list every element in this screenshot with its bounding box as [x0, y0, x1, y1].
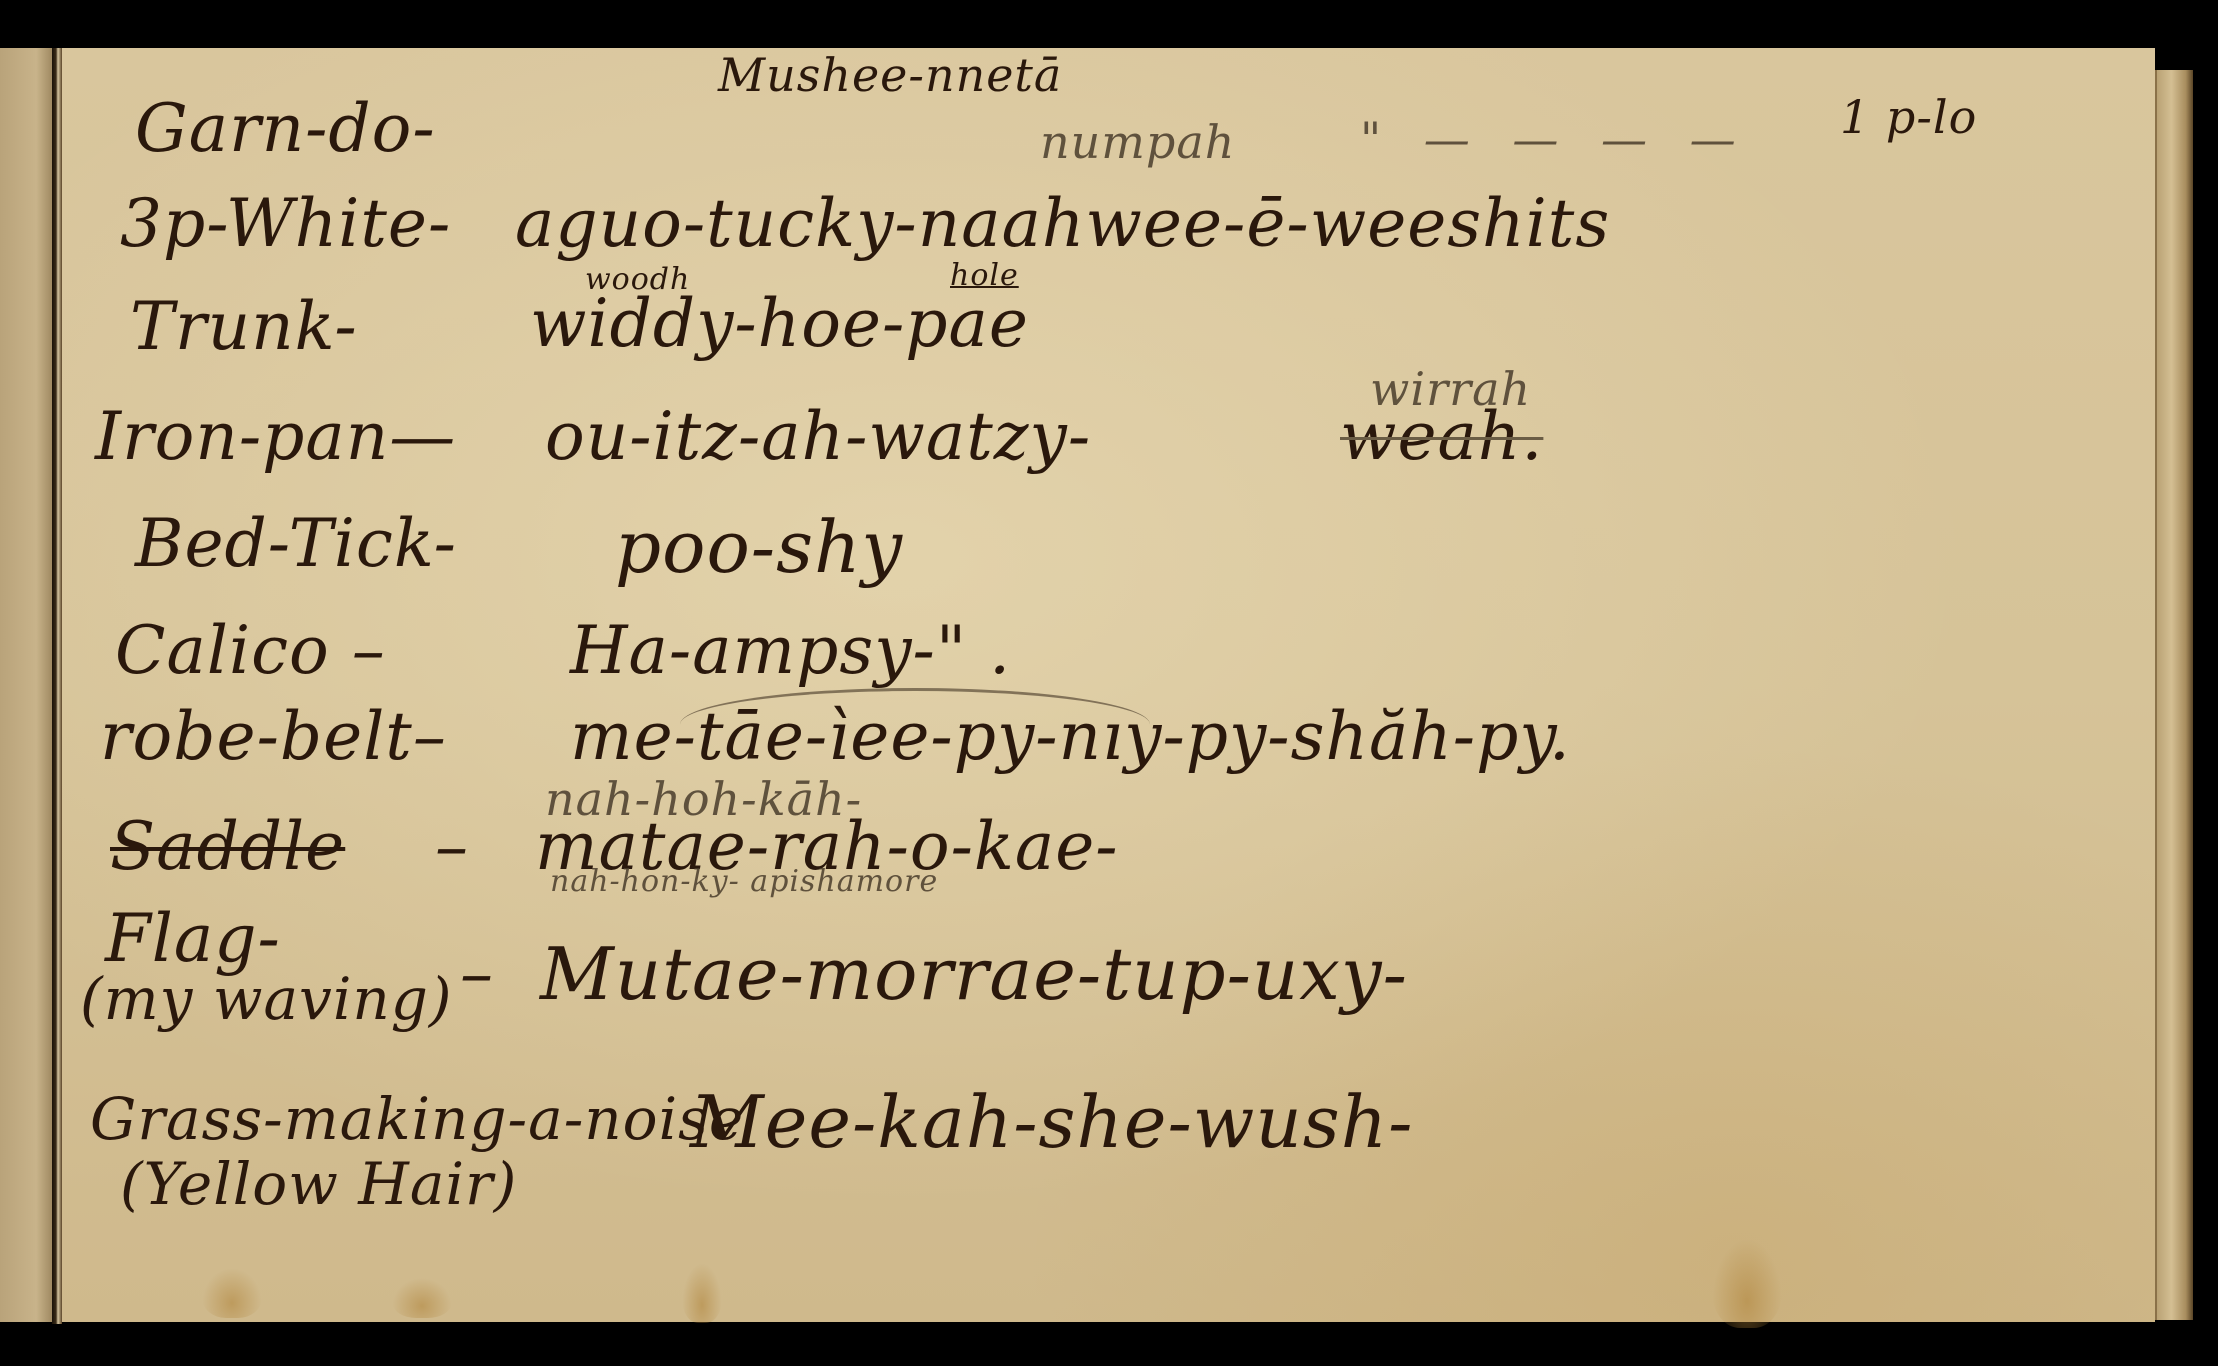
page-stack-edge	[2155, 70, 2193, 1320]
ditto-marks: " — — — —	[1360, 112, 1750, 166]
entry-below-note: numpah	[1040, 115, 1235, 169]
entry-native: me-tāe-ìee-py-nıy-py-shăh-py.	[570, 698, 1571, 775]
entry-english: 3p-White-	[120, 185, 451, 262]
water-stain	[682, 1263, 722, 1323]
entry-native: ou-itz-ah-watzy-	[545, 398, 1091, 475]
entry-native: widdy-hoe-pae	[530, 285, 1029, 362]
entry-english: Bed-Tick-	[135, 505, 457, 582]
entry-english: robe-belt–	[100, 698, 447, 775]
entry-english: Garn-do-	[135, 90, 436, 167]
entry-native: Mutae-morrae-tup-uxy-	[540, 932, 1408, 1016]
top-note: Mushee-nnetā	[718, 48, 1062, 102]
entry-native: Ha-ampsy-" .	[570, 612, 1011, 689]
entry-below-note: nah-hon-ky- apishamore	[550, 864, 938, 899]
entry-english: Iron-pan—	[95, 398, 456, 475]
water-stain	[202, 1268, 262, 1318]
water-stain	[392, 1278, 452, 1318]
entry-english-sub: (my waving)	[80, 965, 452, 1033]
entry-english: Calico –	[115, 612, 386, 689]
entry-native: poo-shy	[615, 505, 903, 589]
entry-native: aguo-tucky-naahwee-ē-weeshits	[515, 185, 1610, 262]
previous-page-edge	[0, 48, 52, 1322]
top-right-note: 1 p-lo	[1840, 90, 1977, 144]
struck-word: weah.	[1340, 398, 1543, 475]
entry-english: Grass-making-a-noise	[90, 1085, 744, 1153]
water-stain	[1712, 1238, 1782, 1328]
entry-english-sub: (Yellow Hair)	[120, 1150, 517, 1218]
entry-separator: –	[460, 935, 494, 1012]
entry-separator: –	[435, 808, 469, 885]
entry-english: Trunk-	[130, 288, 358, 365]
entry-native: Mee-kah-she-wush-	[690, 1080, 1413, 1164]
book-gutter	[52, 48, 62, 1324]
entry-english-struck: Saddle	[110, 808, 345, 885]
